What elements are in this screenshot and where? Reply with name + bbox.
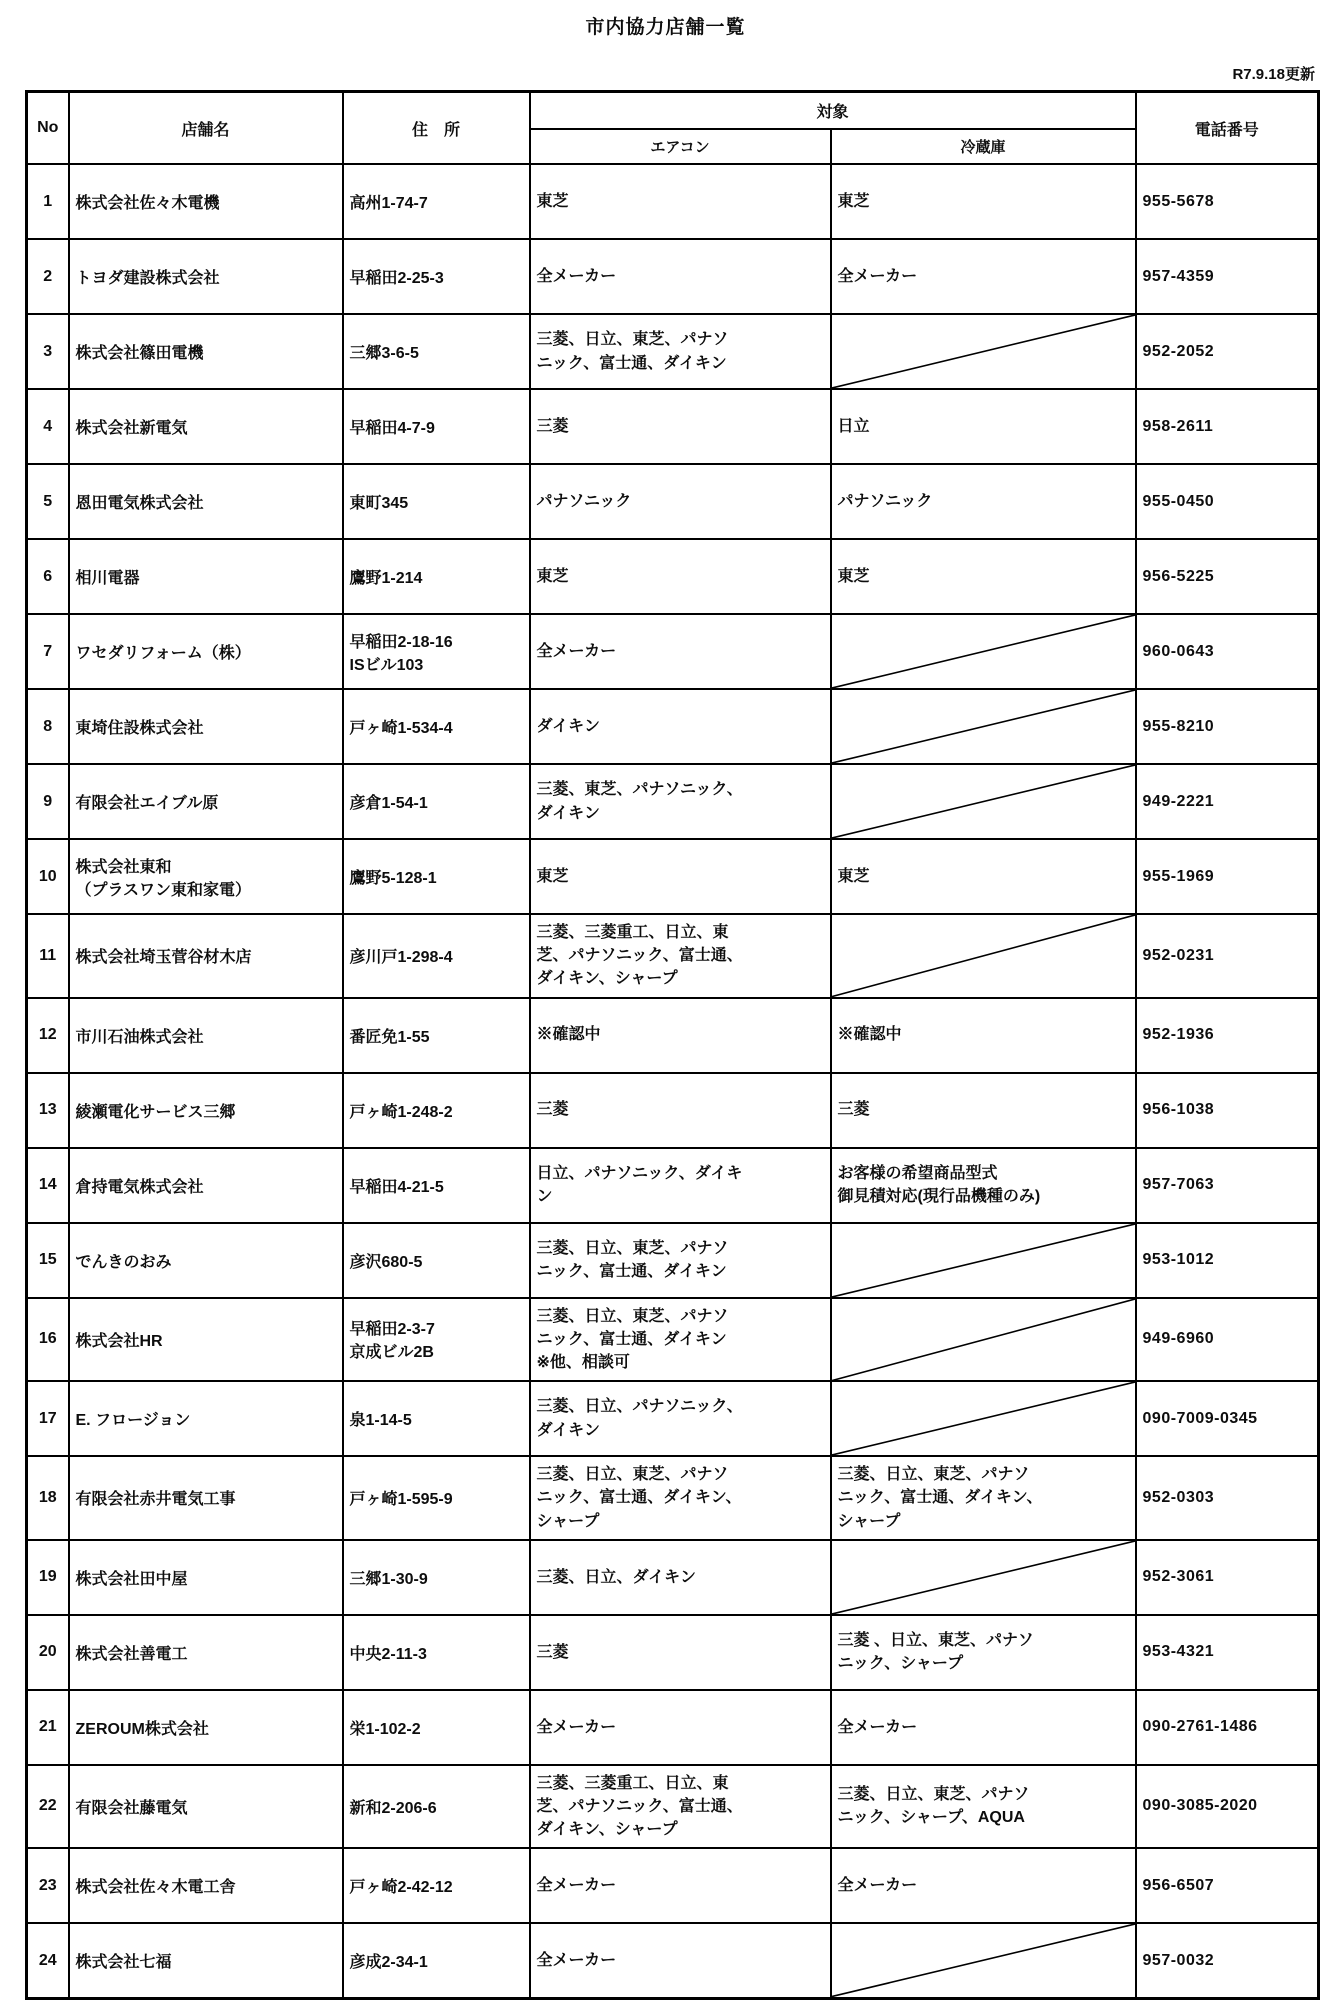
cell-row-number: 10 bbox=[27, 839, 69, 914]
table-row: 14倉持電気株式会社早稲田4-21-5日立、パナソニック、ダイキ ンお客様の希望… bbox=[27, 1148, 1319, 1223]
cell-store-name: 株式会社佐々木電機 bbox=[69, 164, 343, 239]
cell-phone: 957-0032 bbox=[1136, 1923, 1319, 1998]
col-header-store: 店舗名 bbox=[69, 92, 343, 165]
cell-fridge bbox=[831, 764, 1136, 839]
cell-phone: 955-5678 bbox=[1136, 164, 1319, 239]
cell-aircon: 全メーカー bbox=[530, 1923, 831, 1998]
cell-store-name: 有限会社エイブル原 bbox=[69, 764, 343, 839]
cell-phone: 952-0303 bbox=[1136, 1456, 1319, 1540]
cell-fridge: 三菱 、日立、東芝、パナソ ニック、シャープ bbox=[831, 1615, 1136, 1690]
cell-row-number: 20 bbox=[27, 1615, 69, 1690]
cell-address: 鷹野1-214 bbox=[343, 539, 530, 614]
table-header: No 店舗名 住 所 対象 電話番号 エアコン 冷蔵庫 bbox=[27, 92, 1319, 165]
cell-fridge bbox=[831, 314, 1136, 389]
cell-aircon: 三菱 bbox=[530, 1615, 831, 1690]
cell-aircon: 三菱、日立、パナソニック、 ダイキン bbox=[530, 1381, 831, 1456]
table-row: 19株式会社田中屋三郷1-30-9三菱、日立、ダイキン952-3061 bbox=[27, 1540, 1319, 1615]
diagonal-line-icon bbox=[832, 315, 1135, 388]
page-title: 市内協力店舗一覧 bbox=[0, 12, 1331, 39]
table-row: 4株式会社新電気早稲田4-7-9三菱日立958-2611 bbox=[27, 389, 1319, 464]
cell-fridge bbox=[831, 1223, 1136, 1298]
cell-address: 彦沢680-5 bbox=[343, 1223, 530, 1298]
cell-row-number: 18 bbox=[27, 1456, 69, 1540]
diagonal-line-icon bbox=[832, 1382, 1135, 1455]
cell-address: 東町345 bbox=[343, 464, 530, 539]
cell-row-number: 1 bbox=[27, 164, 69, 239]
table-row: 15でんきのおみ彦沢680-5三菱、日立、東芝、パナソ ニック、富士通、ダイキン… bbox=[27, 1223, 1319, 1298]
cell-address: 早稲田4-21-5 bbox=[343, 1148, 530, 1223]
table-row: 10株式会社東和 （プラスワン東和家電）鷹野5-128-1東芝東芝955-196… bbox=[27, 839, 1319, 914]
cell-store-name: 株式会社東和 （プラスワン東和家電） bbox=[69, 839, 343, 914]
updated-date: R7.9.18更新 bbox=[0, 63, 1315, 84]
cell-fridge: 東芝 bbox=[831, 164, 1136, 239]
cell-phone: 956-6507 bbox=[1136, 1848, 1319, 1923]
cell-phone: 949-6960 bbox=[1136, 1298, 1319, 1382]
cell-phone: 953-1012 bbox=[1136, 1223, 1319, 1298]
cell-aircon: ダイキン bbox=[530, 689, 831, 764]
table-row: 18有限会社赤井電気工事戸ヶ崎1-595-9三菱、日立、東芝、パナソ ニック、富… bbox=[27, 1456, 1319, 1540]
diagonal-line-icon bbox=[832, 690, 1135, 763]
cell-store-name: 綾瀬電化サービス三郷 bbox=[69, 1073, 343, 1148]
cell-aircon: 全メーカー bbox=[530, 239, 831, 314]
cell-row-number: 5 bbox=[27, 464, 69, 539]
cell-store-name: ZEROUM株式会社 bbox=[69, 1690, 343, 1765]
cell-fridge bbox=[831, 914, 1136, 998]
diagonal-line-icon bbox=[832, 1924, 1135, 1997]
cell-address: 鷹野5-128-1 bbox=[343, 839, 530, 914]
cell-row-number: 17 bbox=[27, 1381, 69, 1456]
cell-aircon: 三菱、日立、東芝、パナソ ニック、富士通、ダイキン bbox=[530, 1223, 831, 1298]
diagonal-line-icon bbox=[832, 615, 1135, 688]
cell-address: 戸ヶ崎1-248-2 bbox=[343, 1073, 530, 1148]
cell-address: 早稲田4-7-9 bbox=[343, 389, 530, 464]
cell-row-number: 15 bbox=[27, 1223, 69, 1298]
cell-address: 泉1-14-5 bbox=[343, 1381, 530, 1456]
cell-row-number: 16 bbox=[27, 1298, 69, 1382]
diagonal-line-icon bbox=[832, 1541, 1135, 1614]
cell-fridge: 全メーカー bbox=[831, 1690, 1136, 1765]
cell-address: 三郷3-6-5 bbox=[343, 314, 530, 389]
store-list-table: No 店舗名 住 所 対象 電話番号 エアコン 冷蔵庫 1株式会社佐々木電機高州… bbox=[25, 90, 1320, 2000]
cell-aircon: 東芝 bbox=[530, 539, 831, 614]
cell-phone: 090-2761-1486 bbox=[1136, 1690, 1319, 1765]
cell-phone: 957-7063 bbox=[1136, 1148, 1319, 1223]
cell-address: 番匠免1-55 bbox=[343, 998, 530, 1073]
cell-phone: 952-1936 bbox=[1136, 998, 1319, 1073]
cell-address: 彦成2-34-1 bbox=[343, 1923, 530, 1998]
cell-fridge bbox=[831, 689, 1136, 764]
col-header-address: 住 所 bbox=[343, 92, 530, 165]
diagonal-line-icon bbox=[832, 1224, 1135, 1297]
col-header-target: 対象 bbox=[530, 92, 1136, 130]
cell-row-number: 6 bbox=[27, 539, 69, 614]
cell-fridge: 日立 bbox=[831, 389, 1136, 464]
cell-row-number: 14 bbox=[27, 1148, 69, 1223]
cell-aircon: 三菱、日立、東芝、パナソ ニック、富士通、ダイキン ※他、相談可 bbox=[530, 1298, 831, 1382]
cell-fridge: 東芝 bbox=[831, 839, 1136, 914]
cell-phone: 956-1038 bbox=[1136, 1073, 1319, 1148]
cell-phone: 956-5225 bbox=[1136, 539, 1319, 614]
table-row: 17E. フロージョン泉1-14-5三菱、日立、パナソニック、 ダイキン090-… bbox=[27, 1381, 1319, 1456]
cell-address: 高州1-74-7 bbox=[343, 164, 530, 239]
cell-address: 彦川戸1-298-4 bbox=[343, 914, 530, 998]
cell-fridge: パナソニック bbox=[831, 464, 1136, 539]
col-header-fridge: 冷蔵庫 bbox=[831, 129, 1136, 164]
cell-row-number: 12 bbox=[27, 998, 69, 1073]
cell-store-name: 相川電器 bbox=[69, 539, 343, 614]
cell-fridge: 三菱 bbox=[831, 1073, 1136, 1148]
cell-fridge bbox=[831, 614, 1136, 689]
table-row: 20株式会社善電工中央2-11-3三菱三菱 、日立、東芝、パナソ ニック、シャー… bbox=[27, 1615, 1319, 1690]
cell-phone: 952-3061 bbox=[1136, 1540, 1319, 1615]
cell-store-name: 有限会社赤井電気工事 bbox=[69, 1456, 343, 1540]
table-row: 12市川石油株式会社番匠免1-55※確認中※確認中952-1936 bbox=[27, 998, 1319, 1073]
cell-row-number: 11 bbox=[27, 914, 69, 998]
cell-aircon: 全メーカー bbox=[530, 1690, 831, 1765]
cell-address: 中央2-11-3 bbox=[343, 1615, 530, 1690]
cell-row-number: 13 bbox=[27, 1073, 69, 1148]
cell-aircon: ※確認中 bbox=[530, 998, 831, 1073]
cell-aircon: 三菱、三菱重工、日立、東 芝、パナソニック、富士通、 ダイキン、シャープ bbox=[530, 914, 831, 998]
cell-address: 新和2-206-6 bbox=[343, 1765, 530, 1849]
table-row: 7ワセダリフォーム（株）早稲田2-18-16 ISビル103全メーカー960-0… bbox=[27, 614, 1319, 689]
cell-store-name: 倉持電気株式会社 bbox=[69, 1148, 343, 1223]
cell-row-number: 23 bbox=[27, 1848, 69, 1923]
table-row: 11株式会社埼玉菅谷材木店彦川戸1-298-4三菱、三菱重工、日立、東 芝、パナ… bbox=[27, 914, 1319, 998]
cell-aircon: 三菱、三菱重工、日立、東 芝、パナソニック、富士通、 ダイキン、シャープ bbox=[530, 1765, 831, 1849]
cell-fridge: 全メーカー bbox=[831, 1848, 1136, 1923]
table-row: 24株式会社七福彦成2-34-1全メーカー957-0032 bbox=[27, 1923, 1319, 1998]
cell-aircon: 三菱、東芝、パナソニック、 ダイキン bbox=[530, 764, 831, 839]
cell-store-name: でんきのおみ bbox=[69, 1223, 343, 1298]
cell-fridge: 三菱、日立、東芝、パナソ ニック、富士通、ダイキン、 シャープ bbox=[831, 1456, 1136, 1540]
cell-aircon: 全メーカー bbox=[530, 614, 831, 689]
diagonal-line-icon bbox=[832, 1299, 1135, 1381]
cell-store-name: 株式会社田中屋 bbox=[69, 1540, 343, 1615]
table-row: 13綾瀬電化サービス三郷戸ヶ崎1-248-2三菱三菱956-1038 bbox=[27, 1073, 1319, 1148]
table-row: 3株式会社篠田電機三郷3-6-5三菱、日立、東芝、パナソ ニック、富士通、ダイキ… bbox=[27, 314, 1319, 389]
cell-fridge bbox=[831, 1923, 1136, 1998]
cell-row-number: 3 bbox=[27, 314, 69, 389]
cell-row-number: 7 bbox=[27, 614, 69, 689]
cell-store-name: 有限会社藤電気 bbox=[69, 1765, 343, 1849]
cell-phone: 953-4321 bbox=[1136, 1615, 1319, 1690]
cell-row-number: 21 bbox=[27, 1690, 69, 1765]
cell-aircon: 三菱、日立、東芝、パナソ ニック、富士通、ダイキン bbox=[530, 314, 831, 389]
cell-phone: 958-2611 bbox=[1136, 389, 1319, 464]
cell-fridge bbox=[831, 1540, 1136, 1615]
cell-store-name: 株式会社七福 bbox=[69, 1923, 343, 1998]
table-row: 2トヨダ建設株式会社早稲田2-25-3全メーカー全メーカー957-4359 bbox=[27, 239, 1319, 314]
cell-address: 三郷1-30-9 bbox=[343, 1540, 530, 1615]
cell-store-name: 株式会社埼玉菅谷材木店 bbox=[69, 914, 343, 998]
table-row: 6相川電器鷹野1-214東芝東芝956-5225 bbox=[27, 539, 1319, 614]
cell-store-name: 株式会社佐々木電工舎 bbox=[69, 1848, 343, 1923]
col-header-aircon: エアコン bbox=[530, 129, 831, 164]
cell-phone: 960-0643 bbox=[1136, 614, 1319, 689]
cell-fridge: 全メーカー bbox=[831, 239, 1136, 314]
cell-phone: 090-3085-2020 bbox=[1136, 1765, 1319, 1849]
cell-aircon: 東芝 bbox=[530, 164, 831, 239]
col-header-phone: 電話番号 bbox=[1136, 92, 1319, 165]
cell-address: 戸ヶ崎1-534-4 bbox=[343, 689, 530, 764]
cell-aircon: 三菱 bbox=[530, 389, 831, 464]
table-row: 21ZEROUM株式会社栄1-102-2全メーカー全メーカー090-2761-1… bbox=[27, 1690, 1319, 1765]
cell-aircon: 東芝 bbox=[530, 839, 831, 914]
cell-row-number: 24 bbox=[27, 1923, 69, 1998]
cell-aircon: 全メーカー bbox=[530, 1848, 831, 1923]
cell-phone: 090-7009-0345 bbox=[1136, 1381, 1319, 1456]
table-row: 16株式会社HR早稲田2-3-7 京成ビル2B三菱、日立、東芝、パナソ ニック、… bbox=[27, 1298, 1319, 1382]
cell-aircon: パナソニック bbox=[530, 464, 831, 539]
cell-address: 戸ヶ崎2-42-12 bbox=[343, 1848, 530, 1923]
cell-aircon: 三菱、日立、ダイキン bbox=[530, 1540, 831, 1615]
cell-address: 栄1-102-2 bbox=[343, 1690, 530, 1765]
cell-fridge bbox=[831, 1381, 1136, 1456]
cell-store-name: 株式会社善電工 bbox=[69, 1615, 343, 1690]
cell-fridge: ※確認中 bbox=[831, 998, 1136, 1073]
cell-store-name: E. フロージョン bbox=[69, 1381, 343, 1456]
cell-address: 彦倉1-54-1 bbox=[343, 764, 530, 839]
cell-row-number: 19 bbox=[27, 1540, 69, 1615]
diagonal-line-icon bbox=[832, 765, 1135, 838]
cell-store-name: ワセダリフォーム（株） bbox=[69, 614, 343, 689]
cell-aircon: 三菱、日立、東芝、パナソ ニック、富士通、ダイキン、 シャープ bbox=[530, 1456, 831, 1540]
cell-phone: 957-4359 bbox=[1136, 239, 1319, 314]
cell-store-name: 株式会社HR bbox=[69, 1298, 343, 1382]
document-page: 市内協力店舗一覧 R7.9.18更新 No 店舗名 住 所 対象 電話番号 エア… bbox=[0, 0, 1331, 2000]
cell-fridge: 東芝 bbox=[831, 539, 1136, 614]
table-row: 9有限会社エイブル原彦倉1-54-1三菱、東芝、パナソニック、 ダイキン949-… bbox=[27, 764, 1319, 839]
table-body: 1株式会社佐々木電機高州1-74-7東芝東芝955-56782トヨダ建設株式会社… bbox=[27, 164, 1319, 1998]
cell-store-name: 東埼住設株式会社 bbox=[69, 689, 343, 764]
cell-phone: 952-0231 bbox=[1136, 914, 1319, 998]
cell-phone: 952-2052 bbox=[1136, 314, 1319, 389]
cell-address: 早稲田2-18-16 ISビル103 bbox=[343, 614, 530, 689]
cell-row-number: 8 bbox=[27, 689, 69, 764]
cell-fridge bbox=[831, 1298, 1136, 1382]
diagonal-line-icon bbox=[832, 915, 1135, 997]
cell-row-number: 22 bbox=[27, 1765, 69, 1849]
cell-row-number: 2 bbox=[27, 239, 69, 314]
table-row: 22有限会社藤電気新和2-206-6三菱、三菱重工、日立、東 芝、パナソニック、… bbox=[27, 1765, 1319, 1849]
cell-phone: 955-0450 bbox=[1136, 464, 1319, 539]
cell-aircon: 三菱 bbox=[530, 1073, 831, 1148]
col-header-no: No bbox=[27, 92, 69, 165]
table-row: 1株式会社佐々木電機高州1-74-7東芝東芝955-5678 bbox=[27, 164, 1319, 239]
cell-row-number: 9 bbox=[27, 764, 69, 839]
cell-store-name: 株式会社新電気 bbox=[69, 389, 343, 464]
cell-address: 早稲田2-25-3 bbox=[343, 239, 530, 314]
cell-store-name: トヨダ建設株式会社 bbox=[69, 239, 343, 314]
cell-fridge: 三菱、日立、東芝、パナソ ニック、シャープ、AQUA bbox=[831, 1765, 1136, 1849]
cell-phone: 949-2221 bbox=[1136, 764, 1319, 839]
cell-phone: 955-1969 bbox=[1136, 839, 1319, 914]
cell-row-number: 4 bbox=[27, 389, 69, 464]
cell-phone: 955-8210 bbox=[1136, 689, 1319, 764]
cell-address: 戸ヶ崎1-595-9 bbox=[343, 1456, 530, 1540]
cell-store-name: 恩田電気株式会社 bbox=[69, 464, 343, 539]
cell-store-name: 株式会社篠田電機 bbox=[69, 314, 343, 389]
table-row: 8東埼住設株式会社戸ヶ崎1-534-4ダイキン955-8210 bbox=[27, 689, 1319, 764]
cell-store-name: 市川石油株式会社 bbox=[69, 998, 343, 1073]
table-row: 5恩田電気株式会社東町345パナソニックパナソニック955-0450 bbox=[27, 464, 1319, 539]
cell-aircon: 日立、パナソニック、ダイキ ン bbox=[530, 1148, 831, 1223]
cell-address: 早稲田2-3-7 京成ビル2B bbox=[343, 1298, 530, 1382]
table-row: 23株式会社佐々木電工舎戸ヶ崎2-42-12全メーカー全メーカー956-6507 bbox=[27, 1848, 1319, 1923]
cell-fridge: お客様の希望商品型式 御見積対応(現行品機種のみ) bbox=[831, 1148, 1136, 1223]
